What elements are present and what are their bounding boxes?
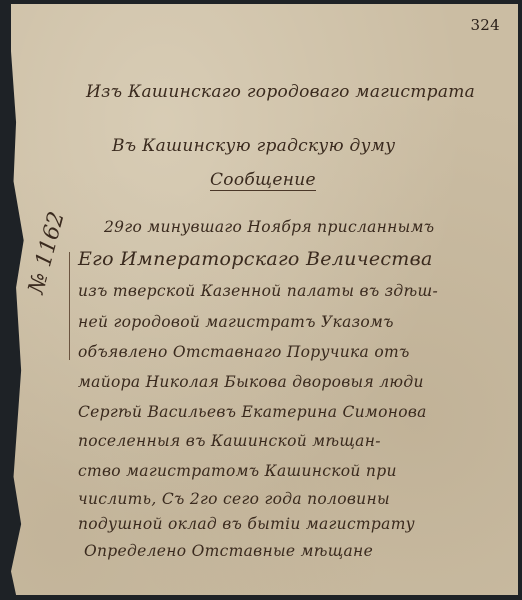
heading-to: Въ Кашинскую градскую думу (112, 136, 395, 156)
body-line-1: 29го минувшаго Ноября присланнымъ (104, 218, 434, 236)
body-line-6: майора Николая Быкова дворовыя люди (78, 373, 424, 391)
body-line-11: подушной оклад въ бытіи магистрату (78, 515, 415, 533)
heading-title: Сообщение (210, 170, 316, 191)
body-line-5: объявлено Отставнаго Поручика отъ (78, 343, 410, 361)
body-line-9: ство магистратомъ Кашинской при (78, 462, 397, 480)
body-line-12: Определено Отставные мѣщане (84, 542, 373, 560)
page-number: 324 (470, 16, 500, 34)
body-line-4: ней городовой магистратъ Указомъ (78, 313, 394, 331)
body-line-7: Сергѣй Васильевъ Екатерина Симонова (78, 403, 427, 421)
body-line-3: изъ тверской Казенной палаты въ здѣш- (78, 282, 438, 300)
body-line-2: Его Императорскаго Величества (78, 248, 433, 270)
body-line-10: числить, Съ 2го сего года половины (78, 490, 390, 508)
margin-rule-line (69, 252, 70, 360)
heading-from: Изъ Кашинскаго городоваго магистрата (86, 82, 475, 102)
body-line-8: поселенныя въ Кашинской мѣщан- (78, 432, 381, 450)
scanned-document: 324 Изъ Кашинскаго городоваго магистрата… (0, 0, 522, 600)
